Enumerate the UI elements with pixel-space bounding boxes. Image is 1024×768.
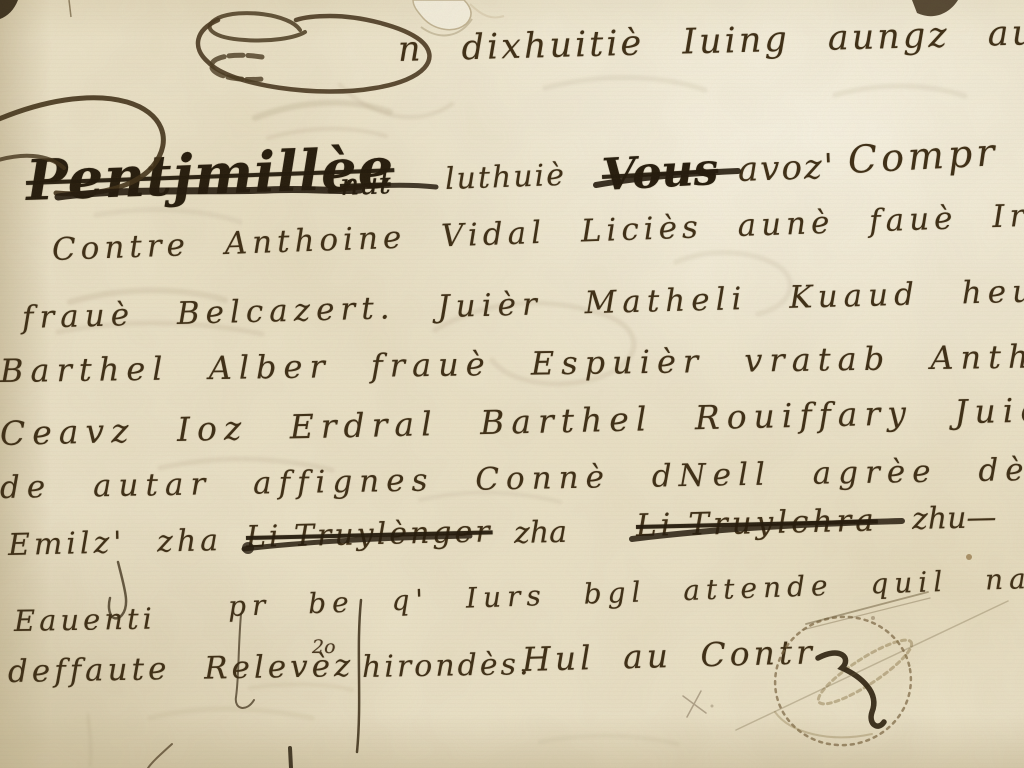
notary-circle-stamp [765, 606, 921, 756]
ink-flourish-layer [0, 0, 1024, 768]
struck-text-segment: nut [339, 166, 391, 203]
paper-texture-overlay [0, 0, 1024, 768]
manuscript-text-segment: de autar affignes Connè dNell agrèe dèh … [0, 449, 1024, 506]
text-layer: n dixhuitiè Iuing aungz aug Pentjmillèe … [0, 0, 1024, 768]
margin-entry-flourish [0, 98, 163, 194]
struck-text-segment: Li Truylchra [636, 503, 879, 544]
paper-fiber [69, 0, 71, 17]
manuscript-text-segment: Compr [847, 130, 1000, 182]
struck-text-segment: Vous [601, 144, 720, 201]
bottom-edge-stroke [290, 748, 291, 768]
manuscript-text-segment: avoz' [737, 147, 836, 190]
long-descender-stroke [357, 600, 361, 752]
struck-text-segment: Li Truylènger [246, 514, 493, 555]
page-tear-top [413, 0, 471, 30]
manuscript-text-segment: frauè Belcazert. Juièr Matheli Kuaud heu… [22, 270, 1024, 336]
manuscript-text-segment: hirondès. [362, 647, 532, 685]
vous-cancellation-stroke [596, 171, 738, 185]
truyl-cancellation-stroke-2 [632, 521, 902, 539]
truyl-cancellation-stroke-1 [244, 536, 470, 549]
superscript-abbreviation: 2o [312, 636, 336, 658]
manuscript-text-segment: Barthel Alber frauè Espuièr vratab Antho… [0, 335, 1024, 390]
manuscript-page: n dixhuitiè Iuing aungz aug Pentjmillèe … [0, 0, 1024, 768]
manuscript-text-segment: n dixhuitiè Iuing aungz aug [397, 13, 1024, 70]
manuscript-text-segment: luthuiè [444, 158, 566, 197]
manuscript-text-segment: Hul au Contr [521, 632, 816, 679]
descender-loop [109, 562, 126, 618]
ink-speck [966, 554, 972, 560]
descender-hook [236, 614, 254, 708]
manuscript-text-segment: Eauenti [14, 602, 156, 638]
manuscript-text-segment: Emilz' zha [8, 523, 223, 563]
stamp-diagonal-lines [736, 592, 1008, 730]
struck-text-segment: Pentjmillèe [25, 135, 396, 214]
manuscript-text-segment: zha [514, 515, 568, 551]
cancellation-strokes [58, 171, 902, 549]
manuscript-text-segment: zhu— [912, 500, 997, 537]
ink-mark-top-right [912, 0, 958, 16]
opening-paraph-flourish [198, 13, 429, 91]
paper-damage-layer [0, 0, 1024, 768]
manuscript-text-segment: Contre Anthoine Vidal Liciès aunè fauè I… [51, 192, 1024, 268]
show-through-ghost-writing [0, 0, 1024, 768]
stamp-slash-stroke [818, 653, 884, 726]
manuscript-text-segment: Ceavz Ioz Erdral Barthel Rouiffary Juièr… [0, 387, 1024, 453]
manuscript-text-segment: pr be q' Iurs bgl attende quil naspowh [227, 558, 1024, 623]
bottom-slash-stroke [148, 744, 172, 768]
corner-stain-top-left [0, 0, 18, 19]
faint-cross-mark [683, 691, 706, 717]
manuscript-text-segment: deffaute Relevèz [8, 648, 355, 690]
